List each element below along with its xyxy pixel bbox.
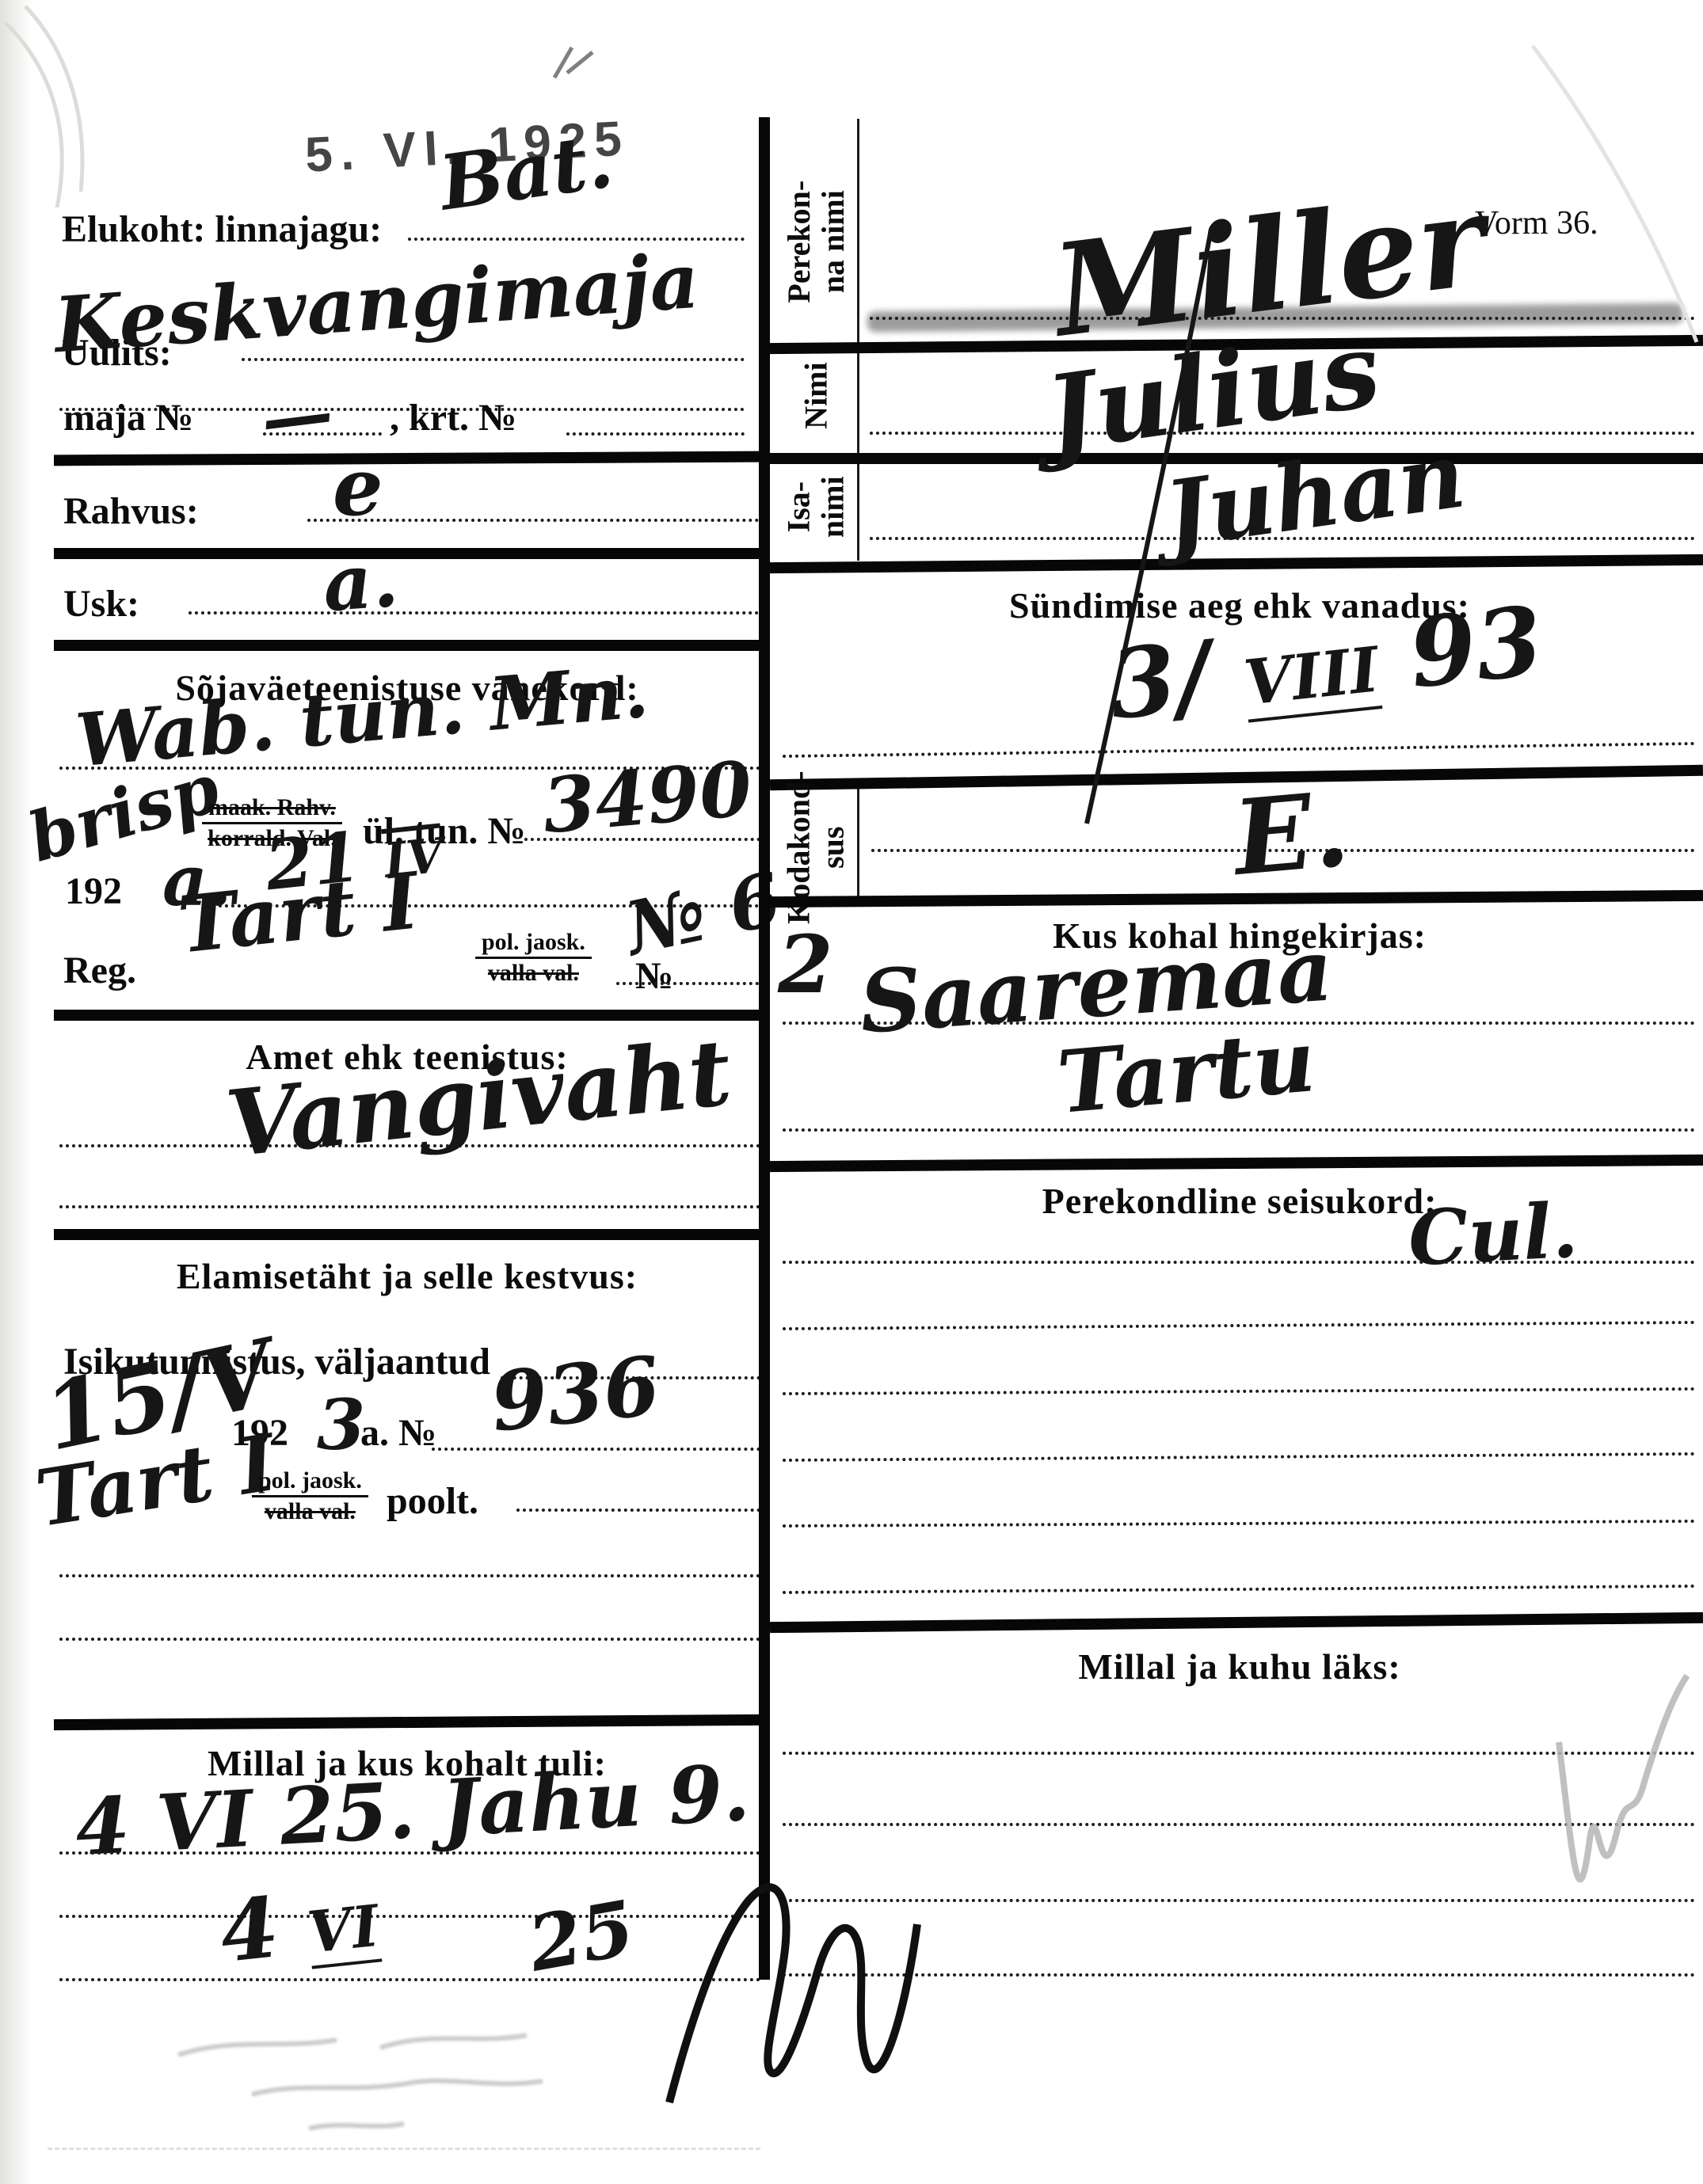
paper-crumple [5,6,82,207]
ink-signature [669,1887,917,2102]
registration-card: 5. VI. 1925 Vorm 36. Elukoht: linnajagu:… [0,0,1703,2184]
paper-crease [1533,46,1697,342]
citizenship-value-handwriting: E. [1230,778,1353,890]
pencil-notes [178,2035,543,2129]
residence-line2-handwriting: Tartu [1054,1018,1319,1126]
birth-year: 93 [1404,585,1548,710]
pencil-scribble [1559,1676,1687,1879]
check-marks [554,48,592,78]
birth-month: VIII [1240,634,1382,722]
family-status-value-handwriting: Cul. [1407,1193,1580,1277]
birth-day: 3/ [1104,620,1216,742]
